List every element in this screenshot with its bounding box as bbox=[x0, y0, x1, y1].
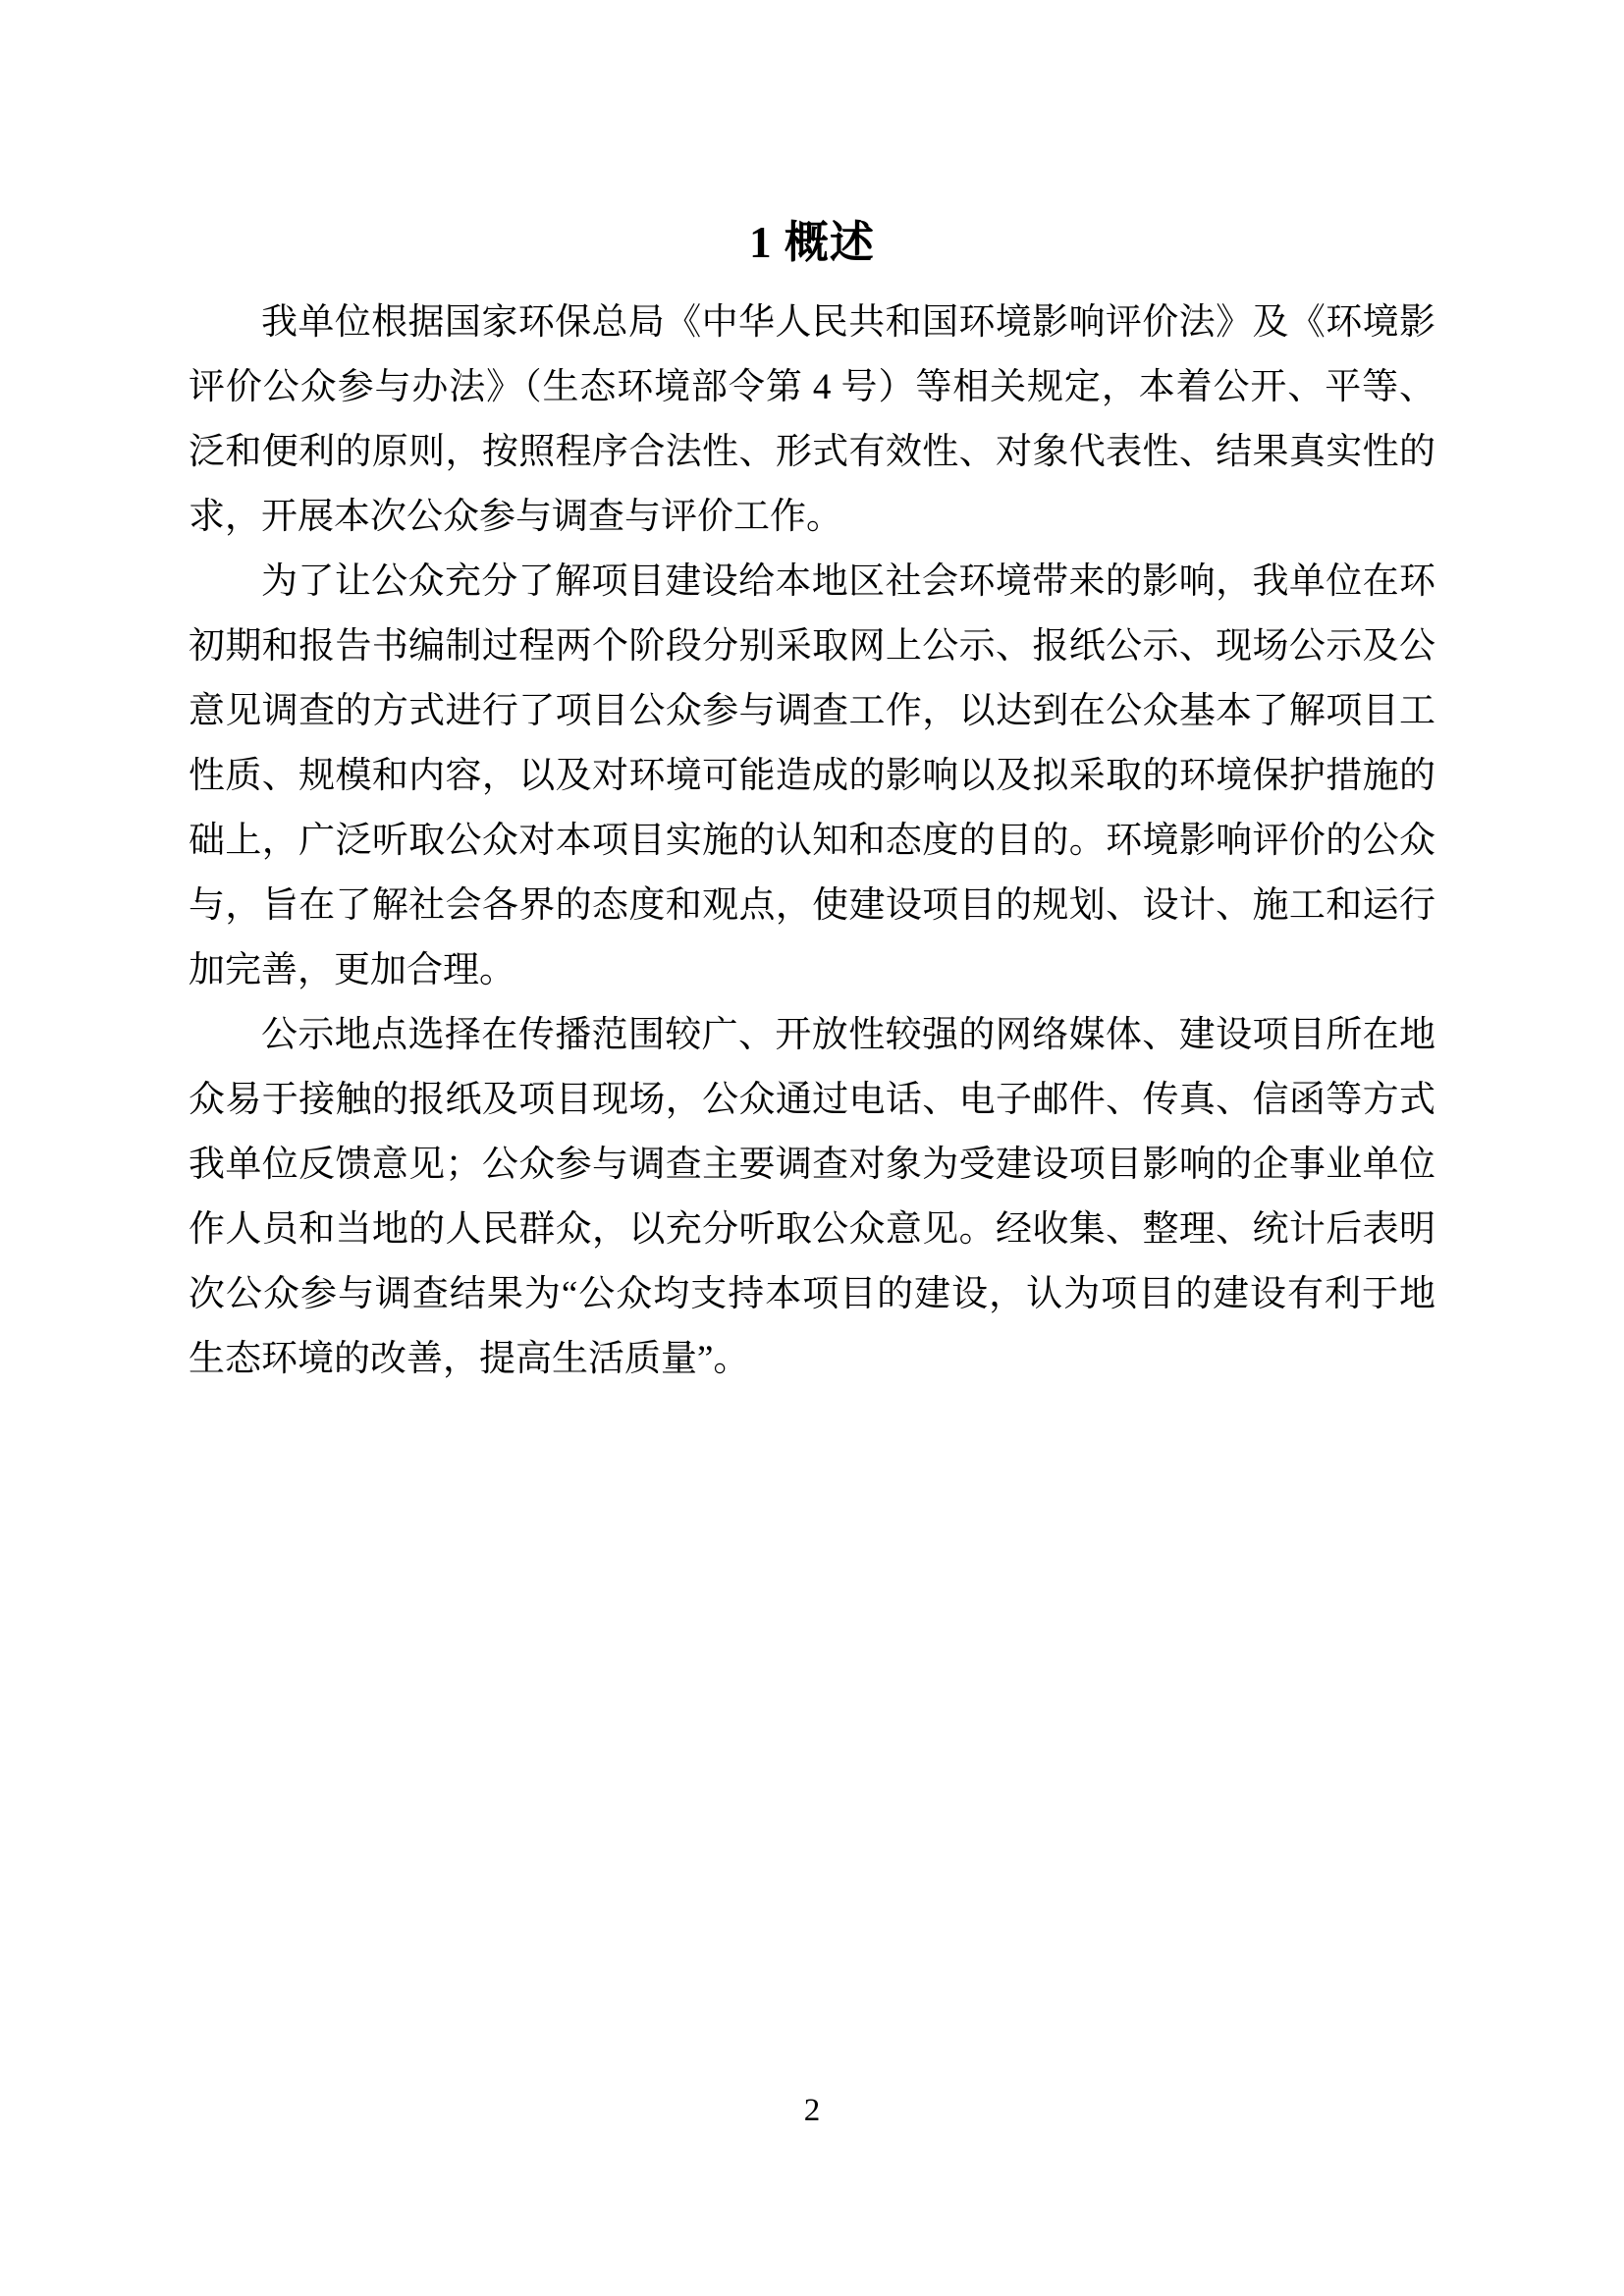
text-line: 我单位反馈意见；公众参与调查主要调查对象为受建设项目影响的企事业单位工 bbox=[189, 1133, 1435, 1198]
paragraph: 公示地点选择在传播范围较广、开放性较强的网络媒体、建设项目所在地公众易于接触的报… bbox=[189, 1003, 1435, 1392]
text-line: 次公众参与调查结果为“公众均支持本项目的建设，认为项目的建设有利于地方 bbox=[189, 1262, 1435, 1327]
document-content: 1 概述 我单位根据国家环保总局《中华人民共和国环境影响评价法》及《环境影响评价… bbox=[189, 208, 1435, 1392]
text-line: 泛和便利的原则，按照程序合法性、形式有效性、对象代表性、结果真实性的要 bbox=[189, 420, 1435, 485]
section-title: 1 概述 bbox=[189, 208, 1435, 277]
text-line: 加完善，更加合理。 bbox=[189, 938, 1435, 1003]
text-line: 性质、规模和内容，以及对环境可能造成的影响以及拟采取的环境保护措施的基 bbox=[189, 744, 1435, 809]
text-line: 为了让公众充分了解项目建设给本地区社会环境带来的影响，我单位在环评 bbox=[189, 550, 1435, 614]
text-line: 公示地点选择在传播范围较广、开放性较强的网络媒体、建设项目所在地公 bbox=[189, 1003, 1435, 1068]
paragraph-list: 我单位根据国家环保总局《中华人民共和国环境影响评价法》及《环境影响评价公众参与办… bbox=[189, 291, 1435, 1392]
text-line: 与，旨在了解社会各界的态度和观点，使建设项目的规划、设计、施工和运行更 bbox=[189, 874, 1435, 938]
text-line: 评价公众参与办法》（生态环境部令第 4 号）等相关规定，本着公开、平等、广 bbox=[189, 355, 1435, 420]
text-line: 意见调查的方式进行了项目公众参与调查工作，以达到在公众基本了解项目工程 bbox=[189, 679, 1435, 744]
document-page: 1 概述 我单位根据国家环保总局《中华人民共和国环境影响评价法》及《环境影响评价… bbox=[0, 0, 1624, 2296]
text-line: 础上，广泛听取公众对本项目实施的认知和态度的目的。环境影响评价的公众参 bbox=[189, 809, 1435, 874]
text-line: 初期和报告书编制过程两个阶段分别采取网上公示、报纸公示、现场公示及公众 bbox=[189, 614, 1435, 679]
text-line: 作人员和当地的人民群众，以充分听取公众意见。经收集、整理、统计后表明本 bbox=[189, 1198, 1435, 1262]
paragraph: 我单位根据国家环保总局《中华人民共和国环境影响评价法》及《环境影响评价公众参与办… bbox=[189, 291, 1435, 550]
text-line: 众易于接触的报纸及项目现场，公众通过电话、电子邮件、传真、信函等方式向 bbox=[189, 1068, 1435, 1133]
paragraph: 为了让公众充分了解项目建设给本地区社会环境带来的影响，我单位在环评初期和报告书编… bbox=[189, 550, 1435, 1003]
text-line: 求，开展本次公众参与调查与评价工作。 bbox=[189, 485, 1435, 550]
page-number: 2 bbox=[0, 2089, 1624, 2132]
text-line: 生态环境的改善，提高生活质量”。 bbox=[189, 1327, 1435, 1392]
text-line: 我单位根据国家环保总局《中华人民共和国环境影响评价法》及《环境影响 bbox=[189, 291, 1435, 355]
